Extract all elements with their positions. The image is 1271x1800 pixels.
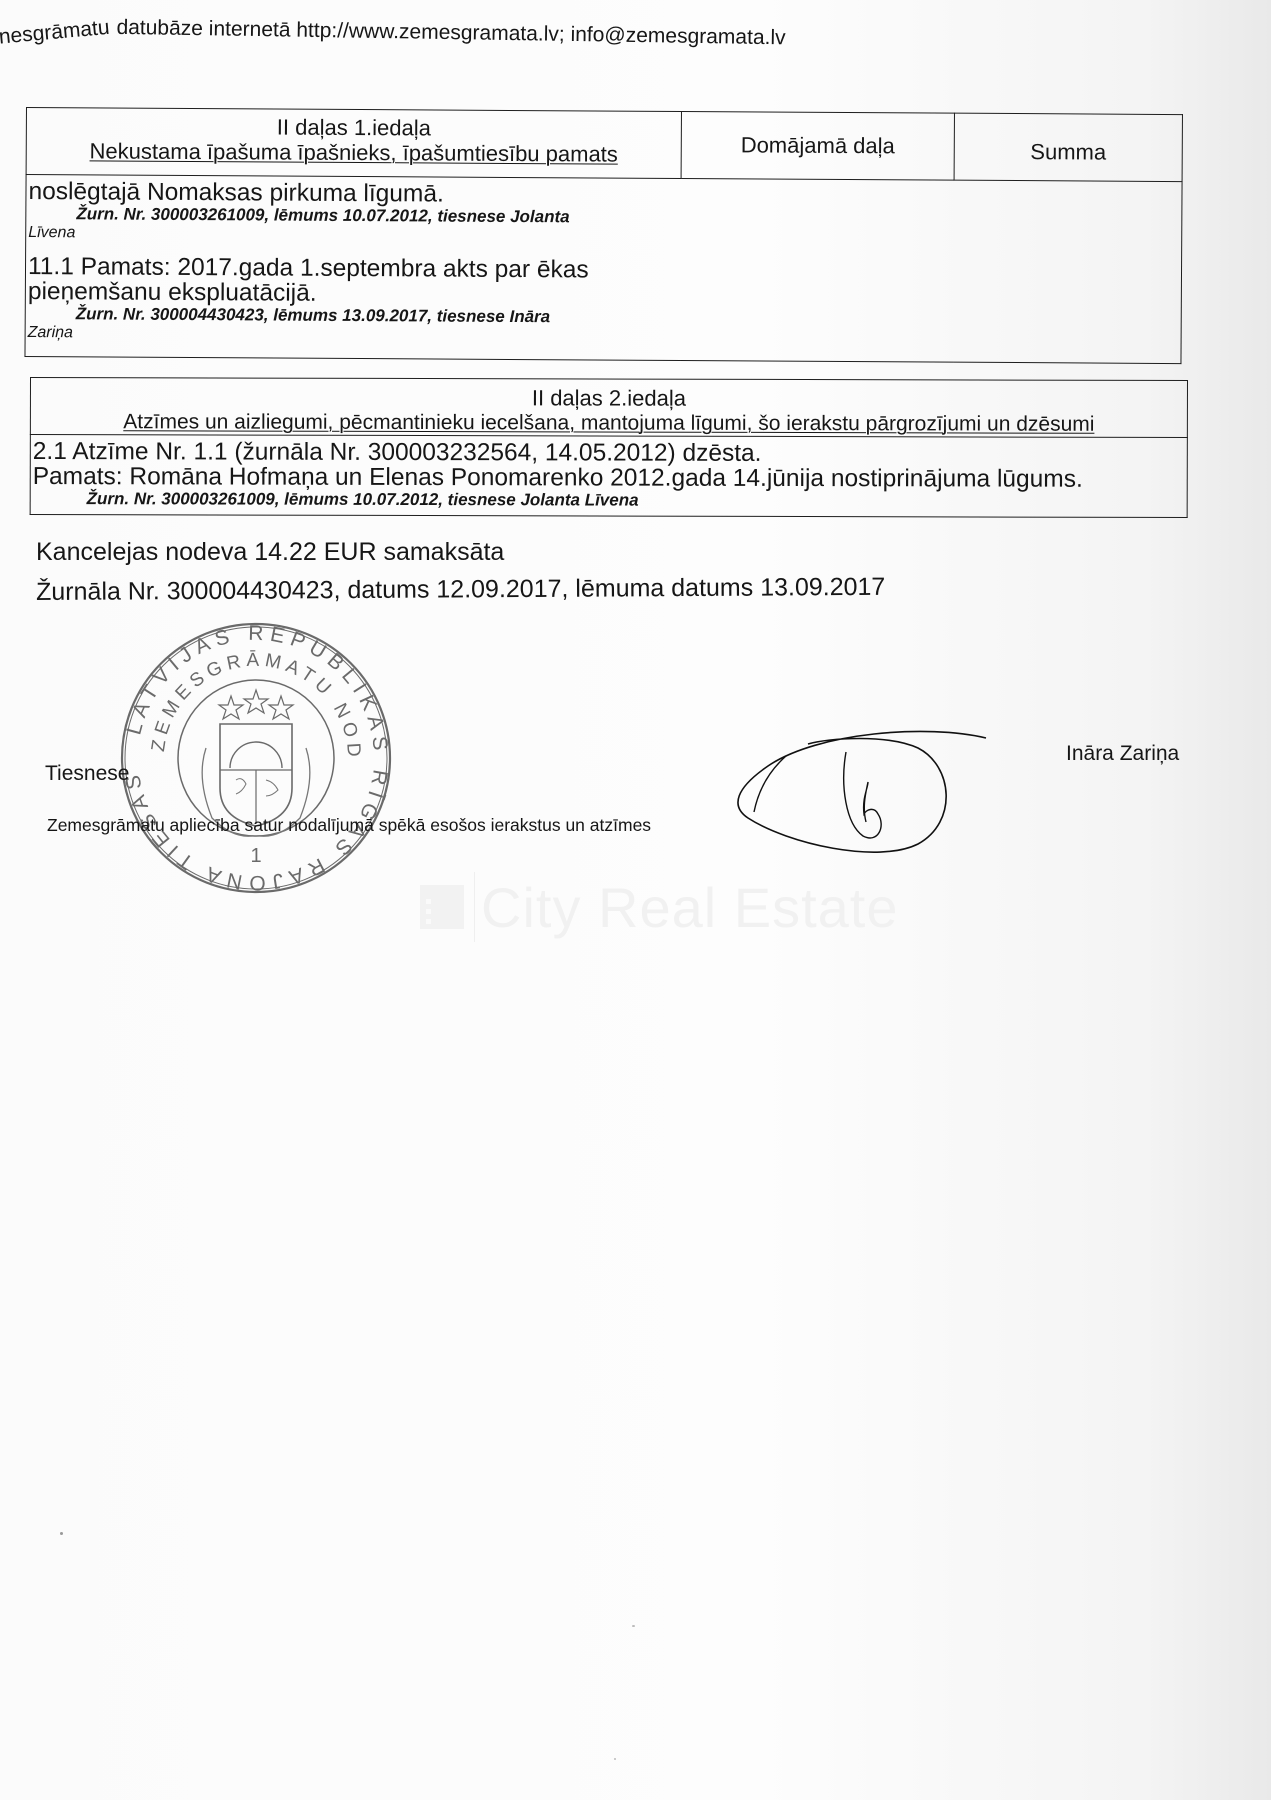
entry-line2: Pamats: Romāna Hofmaņa un Elenas Ponomar…	[33, 464, 1187, 492]
journal-info: Žurnāla Nr. 300004430423, datums 12.09.2…	[36, 573, 885, 607]
column-sum-header: Summa	[954, 113, 1182, 181]
stamp-seal-icon: LATVIJAS REPUBLIKAS RĪGAS RAJONA TIESAS …	[116, 618, 396, 898]
section1-title: II daļas 1.iedaļa	[27, 108, 681, 142]
section2-subtitle: Atzīmes un aizliegumi, pēcmantinieku iec…	[31, 409, 1187, 437]
entry-journal: Žurn. Nr. 300004430423, lēmums 13.09.201…	[28, 304, 688, 327]
entry-journal-cont: Zariņa	[28, 323, 688, 346]
fee-paid: Kancelejas nodeva 14.22 EUR samaksāta	[36, 538, 504, 567]
section2-header: II daļas 2.iedaļa Atzīmes un aizliegumi,…	[30, 378, 1187, 438]
judge-label: Tiesnese	[45, 762, 129, 786]
column-share-header: Domājamā daļa	[681, 112, 954, 181]
header-database-info: nesgrāmatu datubāze internetā http://www…	[0, 14, 786, 50]
section1-subtitle: Nekustama īpašuma īpašnieks, īpašumtiesī…	[27, 138, 681, 167]
header-prefix: nesgrāmatu	[0, 16, 111, 50]
section2-body: 2.1 Atzīme Nr. 1.1 (žurnāla Nr. 30000323…	[30, 435, 1187, 518]
judge-signature	[728, 726, 998, 862]
judge-name: Ināra Zariņa	[1066, 742, 1179, 766]
certificate-note: Zemesgrāmatu apliecība satur nodalījumā …	[47, 815, 651, 836]
watermark-divider	[474, 872, 475, 942]
signature-icon	[728, 726, 998, 862]
section2-table: II daļas 2.iedaļa Atzīmes un aizliegumi,…	[30, 377, 1188, 518]
scan-speck	[614, 1758, 616, 1760]
section1-header: II daļas 1.iedaļa Nekustama īpašuma īpaš…	[26, 108, 681, 179]
section2-title: II daļas 2.iedaļa	[31, 378, 1187, 412]
watermark: City Real Estate	[420, 872, 899, 942]
scan-speck	[60, 1532, 63, 1535]
scan-speck	[632, 1625, 635, 1627]
header-text: datubāze internetā http://www.zemesgrama…	[111, 16, 786, 50]
section1-body: noslēgtajā Nomaksas pirkuma līgumā. Žurn…	[25, 175, 1182, 364]
official-stamp: LATVIJAS REPUBLIKAS RĪGAS RAJONA TIESAS …	[116, 618, 396, 898]
svg-text:1: 1	[250, 845, 261, 867]
section1-table: II daļas 1.iedaļa Nekustama īpašuma īpaš…	[24, 107, 1183, 364]
watermark-logo-icon	[420, 885, 464, 929]
entry-journal: Žurn. Nr. 300003261009, lēmums 10.07.201…	[28, 204, 688, 227]
watermark-text: City Real Estate	[481, 875, 899, 940]
